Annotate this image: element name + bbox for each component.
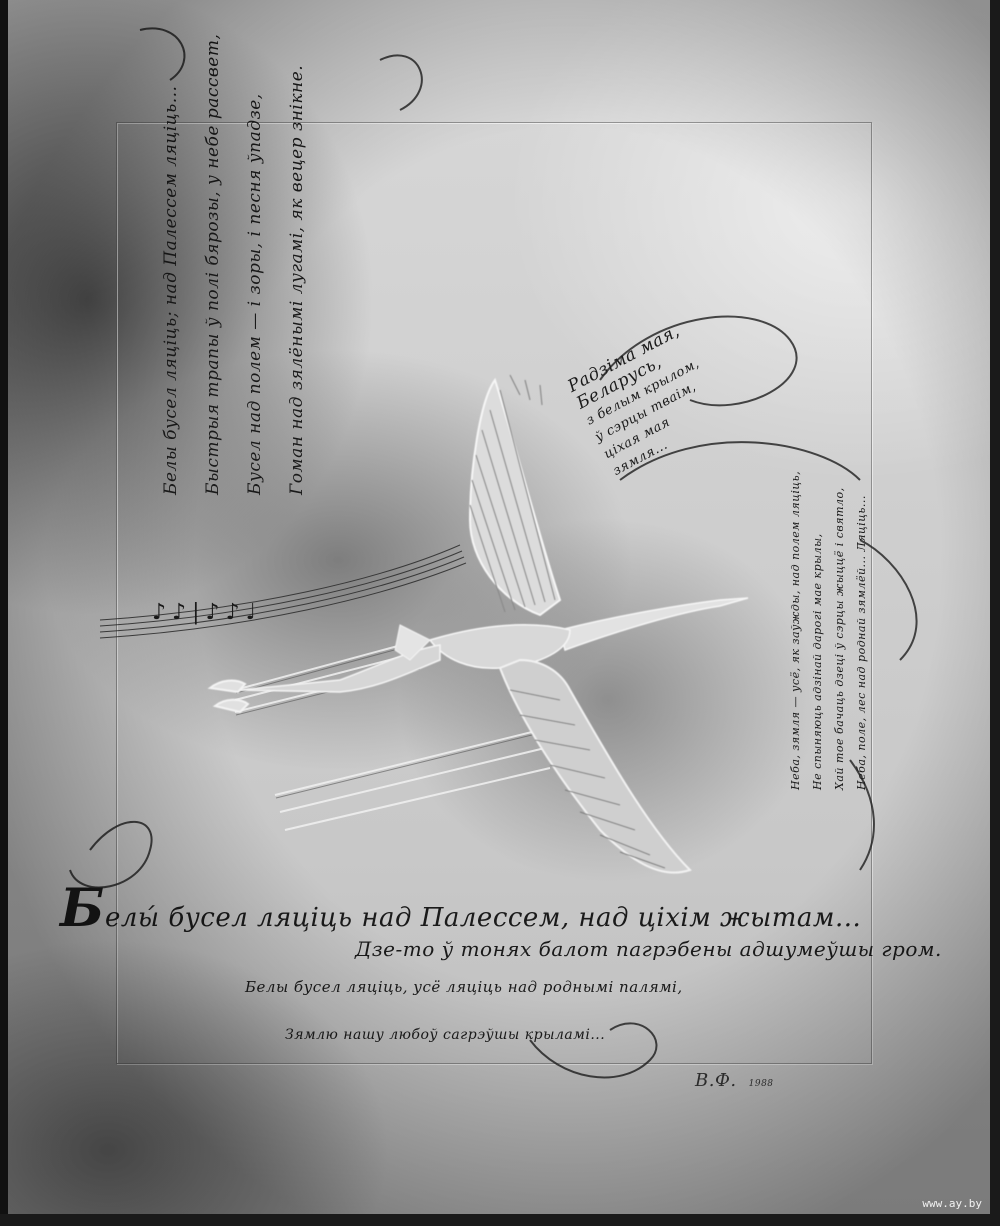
signature-year: 1988 [749, 1079, 774, 1089]
scan-edge-bottom [0, 1214, 1000, 1226]
calligraphy-flourishes [0, 0, 1000, 1226]
artist-signature: В.Ф.1988 [695, 1070, 774, 1091]
watermark: www.ay.by [922, 1197, 982, 1210]
scan-edge-right [990, 0, 1000, 1226]
signature-initials: В.Ф. [695, 1070, 737, 1091]
